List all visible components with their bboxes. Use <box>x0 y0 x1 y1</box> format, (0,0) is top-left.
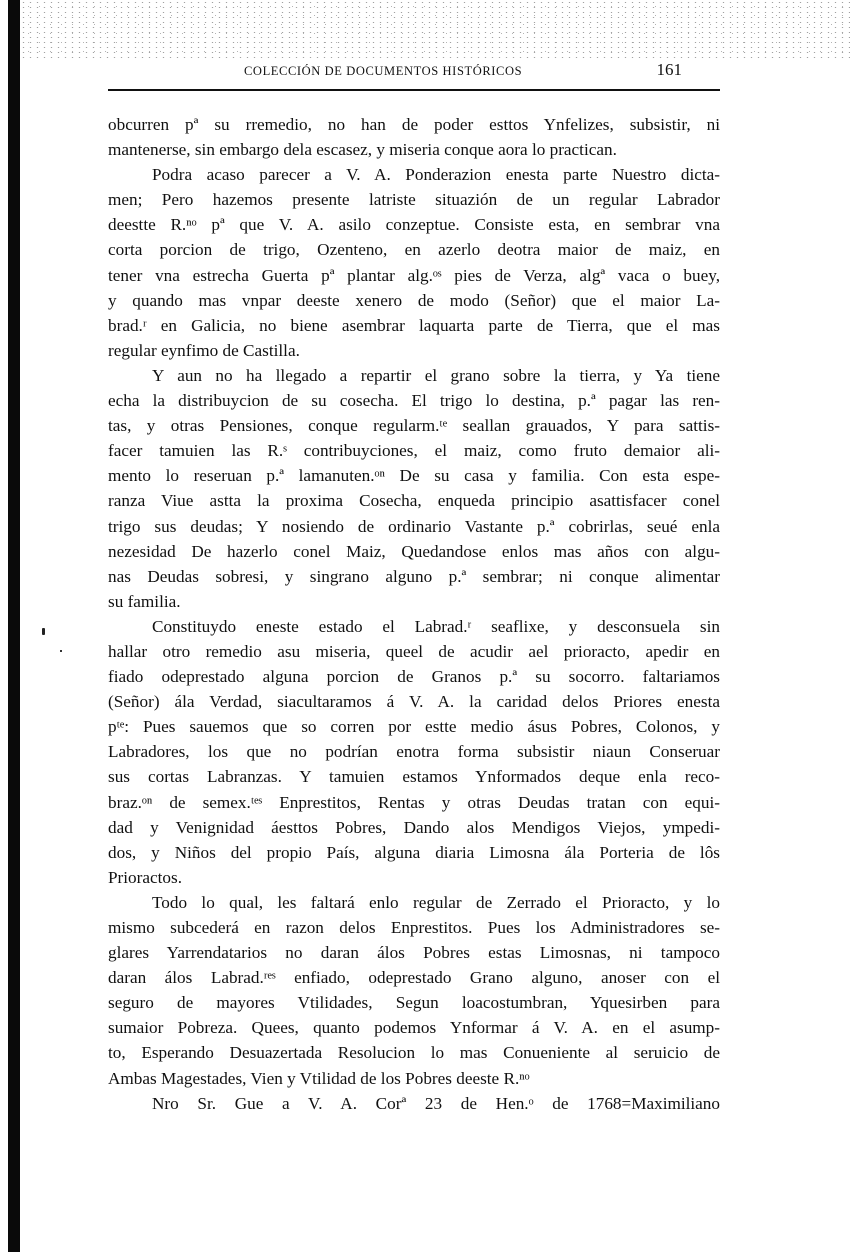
text-line: hallar otro remedio asu miseria, queel d… <box>108 639 720 664</box>
text-line: deestte R.ⁿᵒ pª que V. A. asilo conzeptu… <box>108 212 720 237</box>
running-title: Colección de documentos históricos <box>244 64 522 79</box>
header-rule <box>108 89 720 91</box>
text-line: pᵗᵉ: Pues sauemos que so corren por estt… <box>108 714 720 739</box>
text-line: braz.ᵒⁿ de semex.ᵗᵉˢ Enprestitos, Rentas… <box>108 790 720 815</box>
text-line: fiado odeprestado alguna porcion de Gran… <box>108 664 720 689</box>
text-line: seguro de mayores Vtilidades, Segun loac… <box>108 990 720 1015</box>
scan-noise <box>20 0 850 60</box>
text-line: (Señor) ála Verdad, siacultaramos á V. A… <box>108 689 720 714</box>
signature-line: Nro Sr. Gue a V. A. Corª 23 de Hen.ᵒ de … <box>108 1091 720 1116</box>
text-line: glares Yarrendatarios no daran álos Pobr… <box>108 940 720 965</box>
body-text: obcurren pª su rremedio, no han de poder… <box>108 112 720 1116</box>
paragraph-start: Todo lo qual, les faltará enlo regular d… <box>108 890 720 915</box>
page-number: 161 <box>657 60 683 80</box>
text-line: nas Deudas sobresi, y singrano alguno p.… <box>108 564 720 589</box>
text-line: mento lo reseruan p.ª lamanuten.ᵒⁿ De su… <box>108 463 720 488</box>
margin-dot <box>60 650 62 652</box>
text-line: y quando mas vnpar deeste xenero de modo… <box>108 288 720 313</box>
text-line: ranza Viue astta la proxima Cosecha, enq… <box>108 488 720 513</box>
text-line: Ambas Magestades, Vien y Vtilidad de los… <box>108 1066 720 1091</box>
text-line: daran álos Labrad.ʳᵉˢ enfiado, odepresta… <box>108 965 720 990</box>
paragraph-start: Podra acaso parecer a V. A. Ponderazion … <box>108 162 720 187</box>
text-line: mismo subcederá en razon delos Enprestit… <box>108 915 720 940</box>
text-line: regular eynfimo de Castilla. <box>108 338 720 363</box>
margin-mark <box>42 628 45 635</box>
text-line: Prioractos. <box>108 865 720 890</box>
text-line: sus cortas Labranzas. Y tamuien estamos … <box>108 764 720 789</box>
text-line: brad.ʳ en Galicia, no biene asembrar laq… <box>108 313 720 338</box>
text-line: echa la distribuycion de su cosecha. El … <box>108 388 720 413</box>
text-line: men; Pero hazemos presente latriste situ… <box>108 187 720 212</box>
text-line: mantenerse, sin embargo dela escasez, y … <box>108 137 720 162</box>
text-line: facer tamuien las R.ˢ contribuyciones, e… <box>108 438 720 463</box>
text-line: dad y Venignidad áesttos Pobres, Dando a… <box>108 815 720 840</box>
book-binding-edge <box>8 0 20 1252</box>
text-line: trigo sus deudas; Y nosiendo de ordinari… <box>108 514 720 539</box>
page-header: Colección de documentos históricos 161 <box>108 60 720 88</box>
paragraph-start: Y aun no ha llegado a repartir el grano … <box>108 363 720 388</box>
text-line: dos, y Niños del propio País, alguna dia… <box>108 840 720 865</box>
paragraph-start: Constituydo eneste estado el Labrad.ʳ se… <box>108 614 720 639</box>
text-line: tener vna estrecha Guerta pª plantar alg… <box>108 263 720 288</box>
text-line: to, Esperando Desuazertada Resolucion lo… <box>108 1040 720 1065</box>
text-line: nezesidad De hazerlo conel Maiz, Quedand… <box>108 539 720 564</box>
text-line: obcurren pª su rremedio, no han de poder… <box>108 112 720 137</box>
text-line: sumaior Pobreza. Quees, quanto podemos Y… <box>108 1015 720 1040</box>
text-line: su familia. <box>108 589 720 614</box>
text-line: Labradores, los que no podrían enotra fo… <box>108 739 720 764</box>
text-line: corta porcion de trigo, Ozenteno, en aze… <box>108 237 720 262</box>
text-line: tas, y otras Pensiones, conque regularm.… <box>108 413 720 438</box>
